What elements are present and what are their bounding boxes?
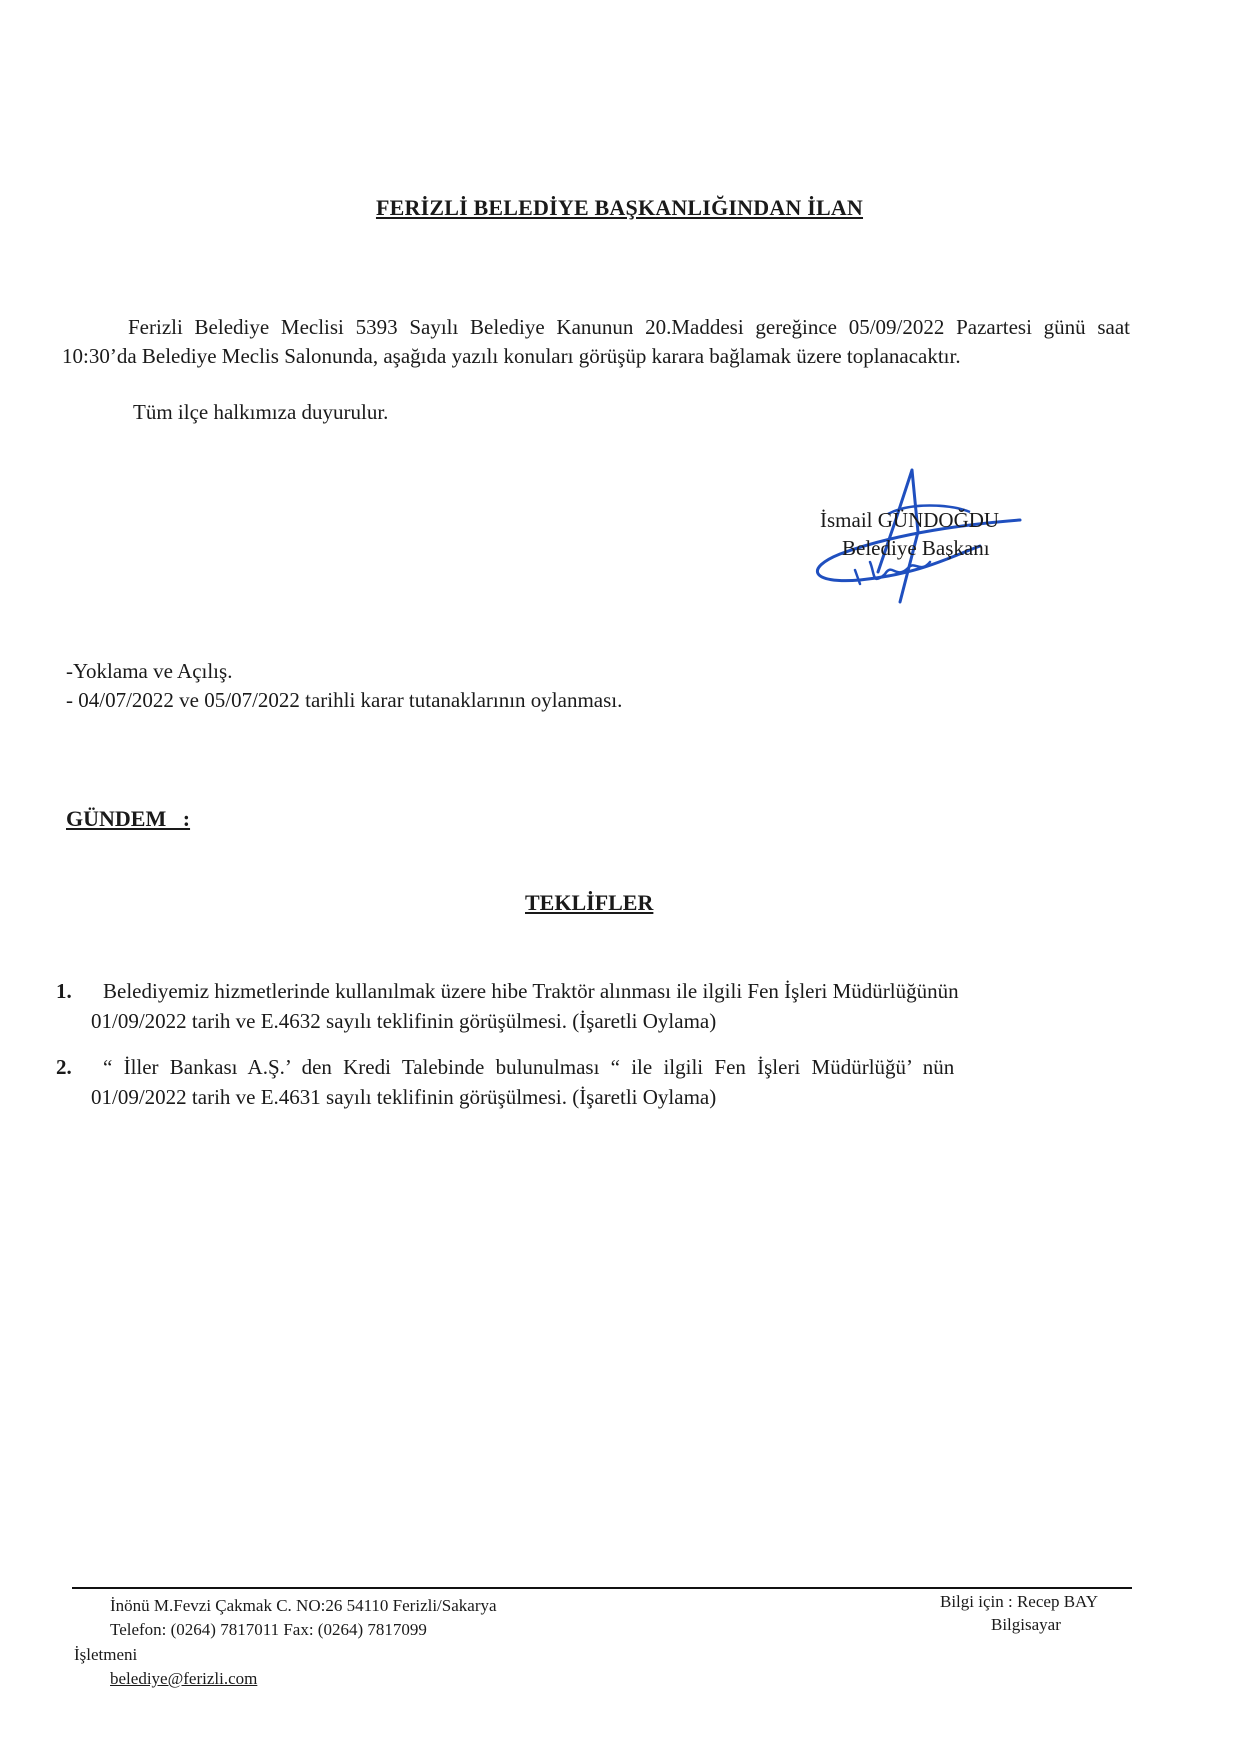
proposal-text-line2: 01/09/2022 tarih ve E.4632 sayılı teklif…	[94, 1006, 1129, 1036]
document-title: FERİZLİ BELEDİYE BAŞKANLIĞINDAN İLAN	[0, 195, 1239, 221]
signature-block: İsmail GÜNDOĞDU Belediye Başkanı	[820, 470, 1060, 620]
intro-paragraph: Ferizli Belediye Meclisi 5393 Sayılı Bel…	[62, 313, 1130, 371]
signatory-name: İsmail GÜNDOĞDU	[820, 508, 999, 533]
proposal-number: 1.	[56, 976, 72, 1006]
proposal-item: 2. “ İller Bankası A.Ş.’ den Kredi Taleb…	[56, 1052, 1129, 1112]
proposal-text-line1: Belediyemiz hizmetlerinde kullanılmak üz…	[103, 976, 1129, 1006]
footer-info-role: Bilgisayar	[991, 1613, 1061, 1637]
footer-phone-fax: Telefon: (0264) 7817011 Fax: (0264) 7817…	[110, 1618, 427, 1642]
announcement: Tüm ilçe halkımıza duyurulur.	[133, 400, 388, 425]
preliminary-item: - 04/07/2022 ve 05/07/2022 tarihli karar…	[66, 688, 622, 713]
proposal-text-line1: “ İller Bankası A.Ş.’ den Kredi Talebind…	[103, 1052, 1129, 1082]
footer-info-contact: Bilgi için : Recep BAY	[940, 1590, 1098, 1614]
footer-operator-label: İşletmeni	[74, 1643, 137, 1667]
agenda-heading: GÜNDEM :	[66, 806, 190, 832]
footer-address: İnönü M.Fevzi Çakmak C. NO:26 54110 Feri…	[110, 1594, 497, 1618]
proposal-item: 1. Belediyemiz hizmetlerinde kullanılmak…	[56, 976, 1129, 1036]
proposal-text-line2: 01/09/2022 tarih ve E.4631 sayılı teklif…	[94, 1082, 1129, 1112]
signatory-title: Belediye Başkanı	[842, 536, 990, 561]
footer-email-link[interactable]: belediye@ferizli.com	[110, 1667, 257, 1691]
preliminary-item: -Yoklama ve Açılış.	[66, 659, 232, 684]
proposal-number: 2.	[56, 1052, 72, 1082]
proposals-heading: TEKLİFLER	[525, 890, 653, 916]
footer-divider	[72, 1587, 1132, 1589]
